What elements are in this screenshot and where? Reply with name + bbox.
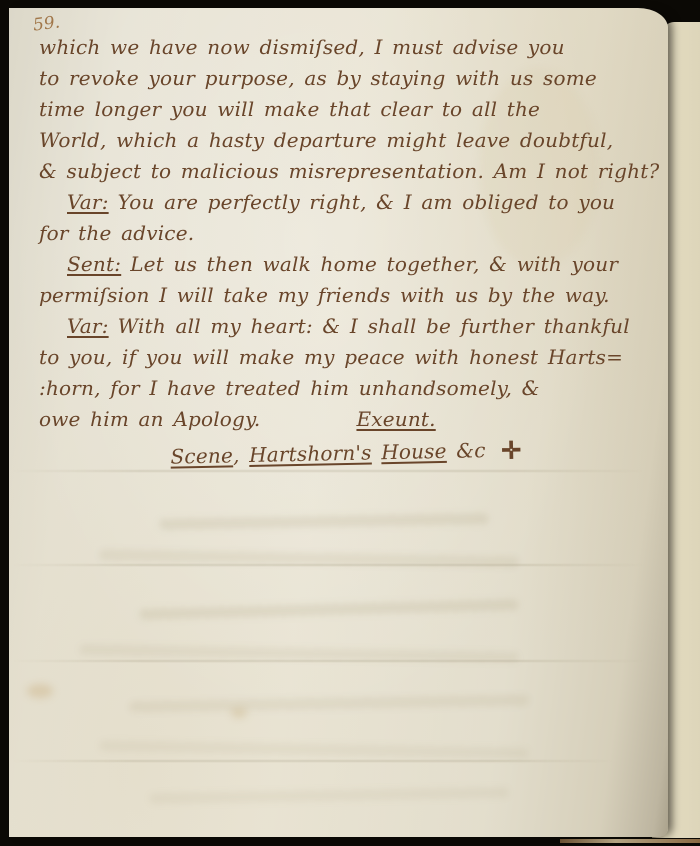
speaker-label: Var: [67, 314, 109, 338]
ink-showthrough [159, 513, 489, 530]
paper-ridge [13, 760, 613, 762]
stacked-pages-edge [560, 839, 700, 843]
scene-segment: &c [446, 438, 495, 463]
manuscript-line: which we have now dismiſsed, I must advi… [39, 32, 653, 63]
manuscript-line: World, which a hasty departure might lea… [39, 125, 653, 156]
line-text: owe him an Apology. [39, 404, 260, 435]
paper-stain [231, 708, 247, 718]
scene-segment: Hartshorn's [249, 440, 372, 467]
manuscript-line: to revoke your purpose, as by staying wi… [39, 63, 653, 94]
manuscript-line: owe him an Apology.Exeunt. [39, 404, 653, 435]
paper-ridge [13, 660, 643, 662]
ink-showthrough [139, 599, 519, 620]
scene-heading-line: Scene, Hartshorn's House &c ✛ [39, 432, 654, 476]
manuscript-line: & subject to malicious misrepresentation… [39, 156, 653, 187]
manuscript-text: which we have now dismiſsed, I must advi… [39, 32, 653, 469]
ink-showthrough [149, 787, 509, 804]
stage-direction: Exeunt. [356, 404, 435, 435]
manuscript-photo: 59. which we have now dismiſsed, I must … [0, 0, 700, 846]
manuscript-line: Var:With all my heart: & I shall be furt… [39, 311, 653, 342]
manuscript-line: :horn, for I have treated him unhandsome… [39, 373, 653, 404]
manuscript-line: for the advice. [39, 218, 653, 249]
ink-showthrough [129, 695, 529, 713]
paper-stain [27, 684, 53, 698]
scene-segment: Scene [170, 443, 233, 468]
scene-segment: , [233, 443, 250, 467]
manuscript-page: 59. which we have now dismiſsed, I must … [9, 8, 668, 837]
cross-mark-icon: ✛ [501, 435, 522, 464]
scene-segment: House [381, 439, 447, 464]
manuscript-line: time longer you will make that clear to … [39, 94, 653, 125]
manuscript-line: permiſsion I will take my friends with u… [39, 280, 653, 311]
manuscript-line: Sent:Let us then walk home together, & w… [39, 249, 653, 280]
manuscript-line: to you, if you will make my peace with h… [39, 342, 653, 373]
ink-showthrough [99, 740, 529, 759]
speaker-label: Var: [67, 190, 109, 214]
speaker-label: Sent: [67, 252, 121, 276]
manuscript-line: Var:You are perfectly right, & I am obli… [39, 187, 653, 218]
